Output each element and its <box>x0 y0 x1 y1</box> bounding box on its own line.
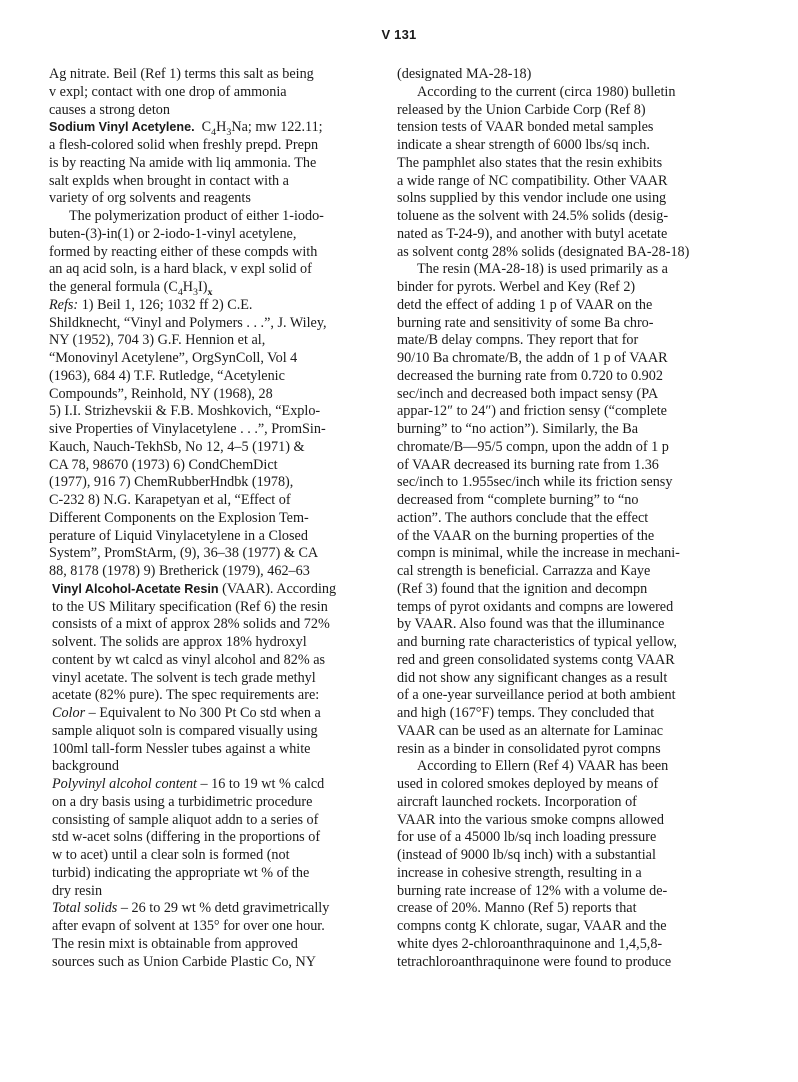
left-column: Ag nitrate. Beil (Ref 1) terms this salt… <box>49 66 349 971</box>
formula: C4H3Na <box>202 119 248 135</box>
text-line: Refs: 1) Beil 1, 126; 1032 ff 2) C.E. <box>49 297 349 315</box>
text-line: v expl; contact with one drop of ammonia <box>49 84 349 102</box>
text-line: is by reacting Na amide with liq ammonia… <box>49 155 349 173</box>
text-line: used in colored smokes deployed by means… <box>397 776 707 794</box>
text-line: “Monovinyl Acetylene”, OrgSynColl, Vol 4 <box>49 350 349 368</box>
text-line: aircraft launched rockets. Incorporation… <box>397 794 707 812</box>
spec-label: Total solids <box>52 900 117 916</box>
text-line: to the US Military specification (Ref 6)… <box>49 599 349 617</box>
text-line: compns contg K chlorate, sugar, VAAR and… <box>397 918 707 936</box>
text-line: The resin mixt is obtainable from approv… <box>49 936 349 954</box>
text-line: 100ml tall-form Nessler tubes against a … <box>49 741 349 759</box>
text-line: did not show any significant changes as … <box>397 670 707 688</box>
spec-label: Color <box>52 705 85 721</box>
text-line: Different Components on the Explosion Te… <box>49 510 349 528</box>
text-line: and high (167°F) temps. They concluded t… <box>397 705 707 723</box>
text-line: 88, 8178 (1978) 9) Bretherick (1979), 46… <box>49 563 349 581</box>
page-number: V 131 <box>0 27 798 42</box>
text-line: Shildknecht, “Vinyl and Polymers . . .”,… <box>49 315 349 333</box>
text-line: content by wt calcd as vinyl alcohol and… <box>49 652 349 670</box>
text-line: sample aliquot soln is compared visually… <box>49 723 349 741</box>
text-line: tension tests of VAAR bonded metal sampl… <box>397 119 707 137</box>
text-line: of the VAAR on the burning properties of… <box>397 528 707 546</box>
text-line: burning rate and sensitivity of some Ba … <box>397 315 707 333</box>
text-line: salt explds when brought in contact with… <box>49 173 349 191</box>
text-line: sources such as Union Carbide Plastic Co… <box>49 954 349 972</box>
text-line: resin as a binder in consolidated pyrot … <box>397 741 707 759</box>
text-line: crease of 20%. Manno (Ref 5) reports tha… <box>397 900 707 918</box>
text-line: VAAR into the various smoke compns allow… <box>397 812 707 830</box>
paragraph-start-line: The resin (MA-28-18) is used primarily a… <box>397 261 707 279</box>
text-line: solvent. The solids are approx 18% hydro… <box>49 634 349 652</box>
text-line: consisting of sample aliquot addn to a s… <box>49 812 349 830</box>
text-line: Ag nitrate. Beil (Ref 1) terms this salt… <box>49 66 349 84</box>
text-line: released by the Union Carbide Corp (Ref … <box>397 102 707 120</box>
text-line: buten-(3)-in(1) or 2-iodo-1-vinyl acetyl… <box>49 226 349 244</box>
text-line: after evapn of solvent at 135° for over … <box>49 918 349 936</box>
molecular-weight: ; mw 122.11; <box>248 119 323 135</box>
text-line: The pamphlet also states that the resin … <box>397 155 707 173</box>
text-line: solns supplied by this vendor include on… <box>397 190 707 208</box>
text-line: white dyes 2-chloroanthraquinone and 1,4… <box>397 936 707 954</box>
text-line: std w-acet solns (differing in the propo… <box>49 829 349 847</box>
text-line: (1977), 916 7) ChemRubberHndbk (1978), <box>49 474 349 492</box>
entry-vinyl-alcohol-acetate-resin: Vinyl Alcohol-Acetate Resin (VAAR). Acco… <box>49 581 349 972</box>
text-line: (instead of 9000 lb/sq inch) with a subs… <box>397 847 707 865</box>
text-line: on a dry basis using a turbidimetric pro… <box>49 794 349 812</box>
spec-solids-line: Total solids – 26 to 29 wt % detd gravim… <box>49 900 349 918</box>
spec-label: Polyvinyl alcohol content <box>52 776 197 792</box>
text-line: w to acet) until a clear soln is formed … <box>49 847 349 865</box>
text-line: of a one-year surveillance period at bot… <box>397 687 707 705</box>
text-line: toluene as the solvent with 24.5% solids… <box>397 208 707 226</box>
text-line: action”. The authors conclude that the e… <box>397 510 707 528</box>
text-line: C-232 8) N.G. Karapetyan et al, “Effect … <box>49 492 349 510</box>
text-line: causes a strong deton <box>49 102 349 120</box>
text-line: formed by reacting either of these compd… <box>49 244 349 262</box>
text-line: NY (1952), 704 3) G.F. Hennion et al, <box>49 332 349 350</box>
text-line: The polymerization product of either 1-i… <box>49 208 349 226</box>
text-line: System”, PromStArm, (9), 36–38 (1977) & … <box>49 545 349 563</box>
entry-heading: Sodium Vinyl Acetylene. <box>49 120 195 134</box>
text-line: turbid) indicating the appropriate wt % … <box>49 865 349 883</box>
text-line: a flesh-colored solid when freshly prepd… <box>49 137 349 155</box>
entry-heading: Vinyl Alcohol-Acetate Resin <box>52 582 219 596</box>
text-line: sive Properties of Vinylacetylene . . .”… <box>49 421 349 439</box>
text-line: chromate/B—95/5 compn, upon the addn of … <box>397 439 707 457</box>
text-line: dry resin <box>49 883 349 901</box>
text-line: indicate a shear strength of 6000 lbs/sq… <box>397 137 707 155</box>
entry-heading-line: Vinyl Alcohol-Acetate Resin (VAAR). Acco… <box>49 581 349 599</box>
text-line: cal strength is beneficial. Carrazza and… <box>397 563 707 581</box>
text-line: decreased the burning rate from 0.720 to… <box>397 368 707 386</box>
text-line: nated as T-24-9), and another with butyl… <box>397 226 707 244</box>
text-line: Compounds”, Reinhold, NY (1968), 28 <box>49 386 349 404</box>
text-line: and burning rate characteristics of typi… <box>397 634 707 652</box>
text-line: of VAAR decreased its burning rate from … <box>397 457 707 475</box>
text-line: burning rate increase of 12% with a volu… <box>397 883 707 901</box>
text-line: burning” to “no action”). Similarly, the… <box>397 421 707 439</box>
text-line: binder for pyrots. Werbel and Key (Ref 2… <box>397 279 707 297</box>
text-line: mate/B delay compns. They report that fo… <box>397 332 707 350</box>
spec-color-line: Color – Equivalent to No 300 Pt Co std w… <box>49 705 349 723</box>
text-line: a wide range of NC compatibility. Other … <box>397 173 707 191</box>
text-line: red and green consolidated systems contg… <box>397 652 707 670</box>
text-line: tetrachloroanthraquinone were found to p… <box>397 954 707 972</box>
text-line: detd the effect of adding 1 p of VAAR on… <box>397 297 707 315</box>
text-line: acetate (82% pure). The spec requirement… <box>49 687 349 705</box>
text-line: (designated MA-28-18) <box>397 66 707 84</box>
text-line: Kauch, Nauch-TekhSb, No 12, 4–5 (1971) & <box>49 439 349 457</box>
text-line: sec/inch and decreased both impact sensy… <box>397 386 707 404</box>
text-line: CA 78, 98670 (1973) 6) CondChemDict <box>49 457 349 475</box>
text-line: for use of a 45000 lb/sq inch loading pr… <box>397 829 707 847</box>
text-line: temps of pyrot oxidants and compns are l… <box>397 599 707 617</box>
paragraph-start-line: According to the current (circa 1980) bu… <box>397 84 707 102</box>
references-block: Refs: 1) Beil 1, 126; 1032 ff 2) C.E. Sh… <box>49 297 349 581</box>
text-line: an aq acid soln, is a hard black, v expl… <box>49 261 349 279</box>
entry-sodium-vinyl-acetylene: Sodium Vinyl Acetylene. C4H3Na; mw 122.1… <box>49 119 349 297</box>
general-formula-line: the general formula (C4H3I)x <box>49 279 349 297</box>
text-line: as solvent contg 28% solids (designated … <box>397 244 707 262</box>
refs-label: Refs: <box>49 297 78 313</box>
text-line: VAAR can be used as an alternate for Lam… <box>397 723 707 741</box>
text-line: decreased from “complete burning” to “no <box>397 492 707 510</box>
right-column: (designated MA-28-18)According to the cu… <box>397 66 707 971</box>
text-line: consists of a mixt of approx 28% solids … <box>49 616 349 634</box>
text-line: perature of Liquid Vinylacetylene in a C… <box>49 528 349 546</box>
continuation-paragraph: Ag nitrate. Beil (Ref 1) terms this salt… <box>49 66 349 119</box>
text-line: sec/inch to 1.955sec/inch while its fric… <box>397 474 707 492</box>
entry-heading-line: Sodium Vinyl Acetylene. C4H3Na; mw 122.1… <box>49 119 349 137</box>
text-line: variety of org solvents and reagents <box>49 190 349 208</box>
text-line: (1963), 684 4) T.F. Rutledge, “Acetyleni… <box>49 368 349 386</box>
spec-pva-line: Polyvinyl alcohol content – 16 to 19 wt … <box>49 776 349 794</box>
text-line: 90/10 Ba chromate/B, the addn of 1 p of … <box>397 350 707 368</box>
text-line: increase in cohesive strength, resulting… <box>397 865 707 883</box>
paragraph-start-line: According to Ellern (Ref 4) VAAR has bee… <box>397 758 707 776</box>
text-line: by VAAR. Also found was that the illumin… <box>397 616 707 634</box>
text-line: (Ref 3) found that the ignition and deco… <box>397 581 707 599</box>
text-line: 5) I.I. Strizhevskii & F.B. Moshkovich, … <box>49 403 349 421</box>
text-line: background <box>49 758 349 776</box>
text-line: compn is minimal, while the increase in … <box>397 545 707 563</box>
text-line: vinyl acetate. The solvent is tech grade… <box>49 670 349 688</box>
text-line: appar-12″ to 24″) and friction sensy (“c… <box>397 403 707 421</box>
